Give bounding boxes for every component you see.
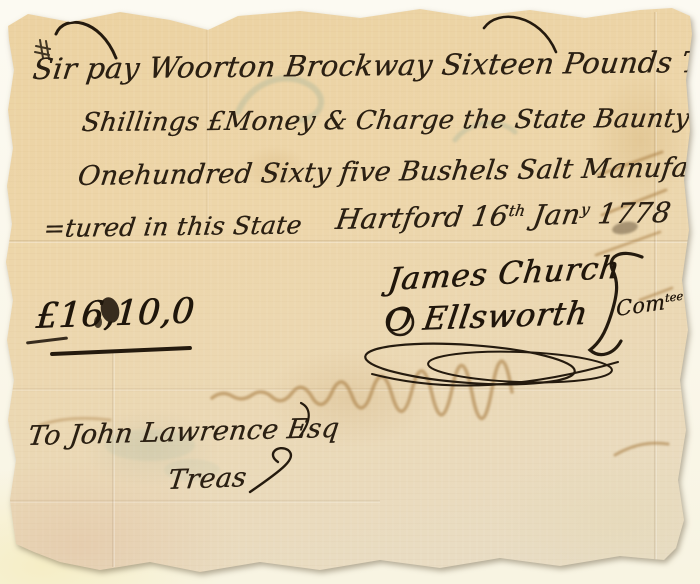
ink-flourishes bbox=[0, 0, 700, 584]
treas-tail-flourish bbox=[250, 448, 291, 492]
ink-bleedthrough-marks bbox=[0, 0, 700, 584]
signature-james-church: James Church bbox=[386, 250, 622, 298]
horizontal-fold-crease bbox=[0, 388, 700, 391]
doc-line-state: =tured in this State bbox=[42, 210, 303, 243]
signature-flourish bbox=[364, 338, 576, 391]
addressee-line: To John Lawrence Esq bbox=[26, 413, 341, 452]
doc-line-payee: Sir pay Woorton Brockway Sixteen Pounds … bbox=[31, 45, 700, 86]
amount-total: £16,10,0 bbox=[35, 291, 196, 337]
committee-suffix: tee bbox=[665, 289, 684, 306]
dateline-day-suffix: th bbox=[507, 202, 526, 220]
paper-shadow: Sir pay Woorton Brockway Sixteen Pounds … bbox=[0, 0, 700, 584]
doc-line-charge: Shillings £Money & Charge the State Baun… bbox=[80, 103, 700, 138]
committee-label: Comtee bbox=[616, 287, 684, 321]
vertical-fold-crease bbox=[112, 352, 115, 567]
amount-lead-dash bbox=[26, 336, 68, 344]
signature-flourish bbox=[428, 349, 613, 385]
signature-ellsworth: O Ellsworth bbox=[382, 294, 590, 339]
doc-line-bushels: Onehundred Sixty five Bushels Salt Manuf… bbox=[76, 152, 700, 192]
committee-base: Com bbox=[616, 290, 666, 321]
treasurer-abbrev: Treas bbox=[166, 462, 248, 496]
vertical-fold-crease bbox=[654, 12, 657, 562]
doc-dateline: Hartford 16th Jany 1778 bbox=[333, 196, 673, 236]
dateline-month: Jan bbox=[531, 198, 583, 232]
amount-underline bbox=[50, 346, 192, 356]
dateline-year: 1778 bbox=[586, 196, 673, 231]
document-paper: Sir pay Woorton Brockway Sixteen Pounds … bbox=[0, 0, 700, 584]
dateline-place-day: Hartford 16 bbox=[333, 199, 510, 236]
signature-flourish-tail bbox=[372, 362, 618, 386]
horizontal-fold-crease bbox=[0, 500, 380, 503]
